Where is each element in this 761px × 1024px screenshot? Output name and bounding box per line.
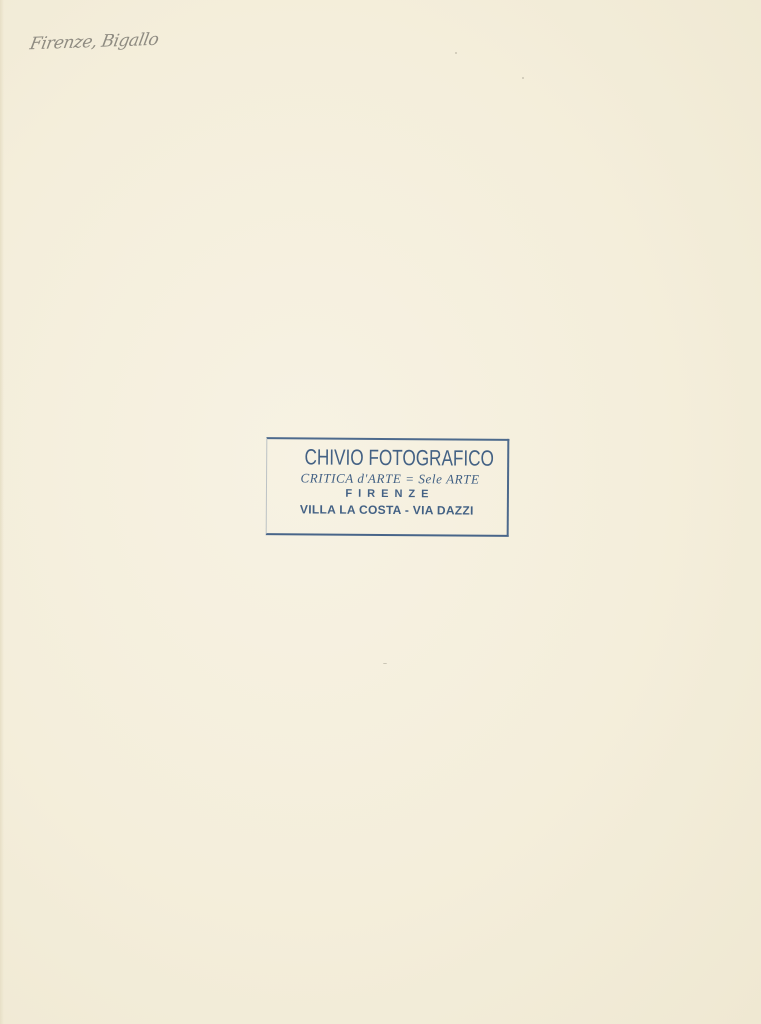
paper-speck <box>383 663 387 664</box>
paper-speck <box>522 77 524 79</box>
archive-stamp: CHIVIO FOTOGRAFICO CRITICA d'ARTE = Sele… <box>266 437 510 537</box>
sheet-edge <box>0 0 4 1024</box>
photo-back-sheet: Firenze, Bigallo CHIVIO FOTOGRAFICO CRIT… <box>0 0 761 1024</box>
paper-speck <box>455 52 457 54</box>
stamp-city: FIRENZE <box>267 486 507 503</box>
stamp-subtitle: CRITICA d'ARTE = Sele ARTE <box>267 470 507 488</box>
stamp-title: CHIVIO FOTOGRAFICO <box>294 445 481 470</box>
stamp-address: VILLA LA COSTA - VIA DAZZI <box>267 501 507 520</box>
handwritten-note: Firenze, Bigallo <box>28 30 160 55</box>
